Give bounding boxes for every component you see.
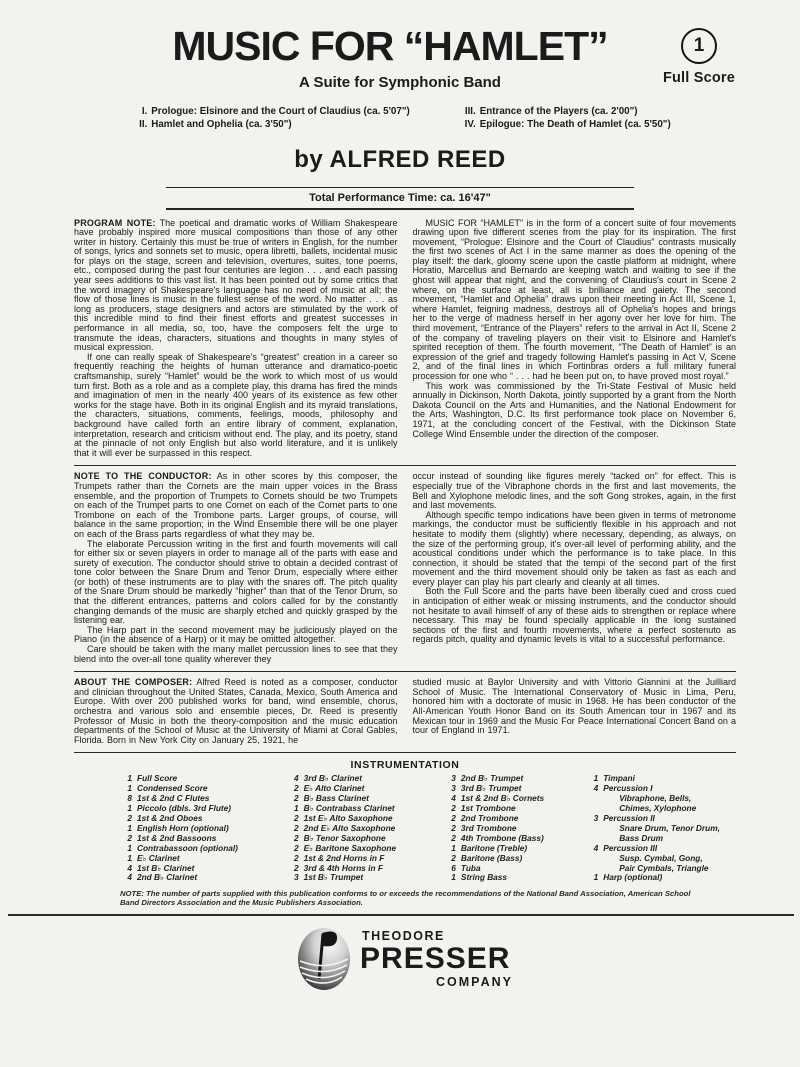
section-divider bbox=[74, 465, 736, 466]
instrumentation-column-4: 1 Timpani 4 Percussion I Vibraphone, Bel… bbox=[586, 774, 736, 883]
paragraph: If one can really speak of Shakespeare's… bbox=[74, 353, 398, 459]
conductor-note-left-column: NOTE TO THE CONDUCTOR: As in other score… bbox=[74, 472, 398, 664]
continuation-paragraph: occur instead of sounding like figures m… bbox=[413, 472, 737, 510]
paragraph: Both the Full Score and the parts have b… bbox=[413, 587, 737, 645]
movement-title: Prologue: Elsinore and the Court of Clau… bbox=[151, 106, 409, 118]
instrument-item: 1 String Bass bbox=[444, 873, 586, 883]
page-body: PROGRAM NOTE: The poetical and dramatic … bbox=[74, 219, 736, 992]
movement-title: Hamlet and Ophelia (ca. 3'50") bbox=[151, 119, 291, 131]
about-composer-left-column: ABOUT THE COMPOSER: Alfred Reed is noted… bbox=[74, 678, 398, 745]
publisher-name-main: PRESSER bbox=[360, 944, 513, 974]
lead-paragraph: NOTE TO THE CONDUCTOR: As in other score… bbox=[74, 472, 398, 539]
movement-item: II. Hamlet and Ophelia (ca. 3'50") bbox=[129, 119, 409, 131]
section-heading: ABOUT THE COMPOSER: bbox=[74, 677, 192, 687]
movement-list-right: III. Entrance of the Players (ca. 2'00")… bbox=[458, 106, 671, 131]
instrument-item: 4 2nd B♭ Clarinet bbox=[120, 873, 287, 883]
movement-list: I. Prologue: Elsinore and the Court of C… bbox=[0, 106, 800, 131]
total-performance-time: Total Performance Time: ca. 16'47" bbox=[166, 187, 634, 210]
publisher-name-top: THEODORE bbox=[362, 929, 513, 943]
program-note-section: PROGRAM NOTE: The poetical and dramatic … bbox=[74, 219, 736, 459]
instrument-quantity: 1 bbox=[444, 873, 456, 883]
paragraph-group: MUSIC FOR “HAMLET” is in the form of a c… bbox=[413, 219, 737, 440]
instrument-item: 1 Harp (optional) bbox=[586, 873, 736, 883]
section-divider bbox=[74, 671, 736, 672]
instrumentation-column-1: 1 Full Score 1 Condensed Score 8 1st & 2… bbox=[120, 774, 287, 883]
plate-label: Full Score bbox=[654, 70, 744, 86]
conductor-note-section: NOTE TO THE CONDUCTOR: As in other score… bbox=[74, 472, 736, 664]
section-heading: NOTE TO THE CONDUCTOR: bbox=[74, 471, 212, 481]
paragraph: Although specific tempo indications have… bbox=[413, 511, 737, 588]
instrument-quantity bbox=[586, 794, 598, 804]
plate-number: 1 bbox=[694, 35, 705, 57]
continuation-paragraph: studied music at Baylor University and w… bbox=[413, 678, 737, 736]
instrument-quantity: 1 bbox=[586, 873, 598, 883]
lead-paragraph: PROGRAM NOTE: The poetical and dramatic … bbox=[74, 219, 398, 353]
plate-number-circle: 1 bbox=[681, 28, 717, 64]
paragraph-group: If one can really speak of Shakespeare's… bbox=[74, 353, 398, 459]
paragraph-group: Although specific tempo indications have… bbox=[413, 511, 737, 645]
about-composer-section: ABOUT THE COMPOSER: Alfred Reed is noted… bbox=[74, 678, 736, 745]
movement-numeral: IV. bbox=[458, 119, 476, 131]
composer-byline: by ALFRED REED bbox=[0, 146, 800, 174]
instrument-quantity: 3 bbox=[586, 814, 598, 824]
footer-divider bbox=[8, 914, 794, 916]
instrumentation-heading: INSTRUMENTATION bbox=[74, 759, 736, 771]
instrument-quantity bbox=[586, 854, 598, 864]
instrument-name: String Bass bbox=[461, 873, 586, 883]
paragraph: This work was commissioned by the Tri-St… bbox=[413, 382, 737, 440]
paragraph-group: The elaborate Percussion writing in the … bbox=[74, 540, 398, 665]
movement-item: III. Entrance of the Players (ca. 2'00") bbox=[458, 106, 671, 118]
about-composer-right-column: studied music at Baylor University and w… bbox=[413, 678, 737, 745]
plate-block: 1 Full Score bbox=[654, 28, 744, 86]
paragraph: The elaborate Percussion writing in the … bbox=[74, 540, 398, 626]
movement-item: I. Prologue: Elsinore and the Court of C… bbox=[129, 106, 409, 118]
instrument-quantity: 4 bbox=[586, 844, 598, 854]
movement-title: Epilogue: The Death of Hamlet (ca. 5'50"… bbox=[480, 119, 671, 131]
page-title: MUSIC FOR “HAMLET” bbox=[100, 26, 680, 67]
movement-numeral: III. bbox=[458, 106, 476, 118]
instrument-quantity: 4 bbox=[120, 873, 132, 883]
instrument-name: 1st B♭ Trumpet bbox=[304, 873, 444, 883]
instrument-name: 2nd B♭ Clarinet bbox=[137, 873, 287, 883]
paragraph-text: Alfred Reed is noted as a composer, cond… bbox=[74, 677, 398, 745]
presser-note-globe-icon bbox=[297, 927, 351, 991]
instrument-quantity bbox=[586, 824, 598, 834]
instrument-quantity: 3 bbox=[287, 873, 299, 883]
publisher-name-bottom: COMPANY bbox=[436, 975, 513, 989]
lead-paragraph: ABOUT THE COMPOSER: Alfred Reed is noted… bbox=[74, 678, 398, 745]
movement-list-left: I. Prologue: Elsinore and the Court of C… bbox=[129, 106, 409, 131]
section-heading: PROGRAM NOTE: bbox=[74, 218, 156, 228]
instrument-quantity: 4 bbox=[586, 784, 598, 794]
movement-item: IV. Epilogue: The Death of Hamlet (ca. 5… bbox=[458, 119, 671, 131]
score-cover-page: 1 Full Score MUSIC FOR “HAMLET” A Suite … bbox=[0, 0, 800, 1067]
program-note-right-column: MUSIC FOR “HAMLET” is in the form of a c… bbox=[413, 219, 737, 459]
movement-numeral: I. bbox=[129, 106, 147, 118]
instrument-item: 3 1st B♭ Trumpet bbox=[287, 873, 444, 883]
conductor-note-right-column: occur instead of sounding like figures m… bbox=[413, 472, 737, 664]
instrumentation-column-3: 3 2nd B♭ Trumpet 3 3rd B♭ Trumpet 4 1st … bbox=[444, 774, 586, 883]
section-divider bbox=[74, 752, 736, 753]
movement-numeral: II. bbox=[129, 119, 147, 131]
paragraph: MUSIC FOR “HAMLET” is in the form of a c… bbox=[413, 219, 737, 382]
instrumentation-table: 1 Full Score 1 Condensed Score 8 1st & 2… bbox=[120, 774, 736, 883]
program-note-left-column: PROGRAM NOTE: The poetical and dramatic … bbox=[74, 219, 398, 459]
parts-supplied-note: NOTE: The number of parts supplied with … bbox=[120, 889, 696, 907]
paragraph-text: The poetical and dramatic works of Willi… bbox=[74, 218, 398, 353]
instrument-name: Harp (optional) bbox=[603, 873, 736, 883]
paragraph: The Harp part in the second movement may… bbox=[74, 626, 398, 645]
publisher-logo: THEODORE PRESSER COMPANY bbox=[74, 927, 736, 991]
paragraph: Care should be taken with the many malle… bbox=[74, 645, 398, 664]
paragraph-text: As in other scores by this composer, the… bbox=[74, 471, 398, 539]
movement-title: Entrance of the Players (ca. 2'00") bbox=[480, 106, 638, 118]
publisher-name: THEODORE PRESSER COMPANY bbox=[360, 929, 513, 989]
instrumentation-column-2: 4 3rd B♭ Clarinet 2 E♭ Alto Clarinet 2 B… bbox=[287, 774, 444, 883]
